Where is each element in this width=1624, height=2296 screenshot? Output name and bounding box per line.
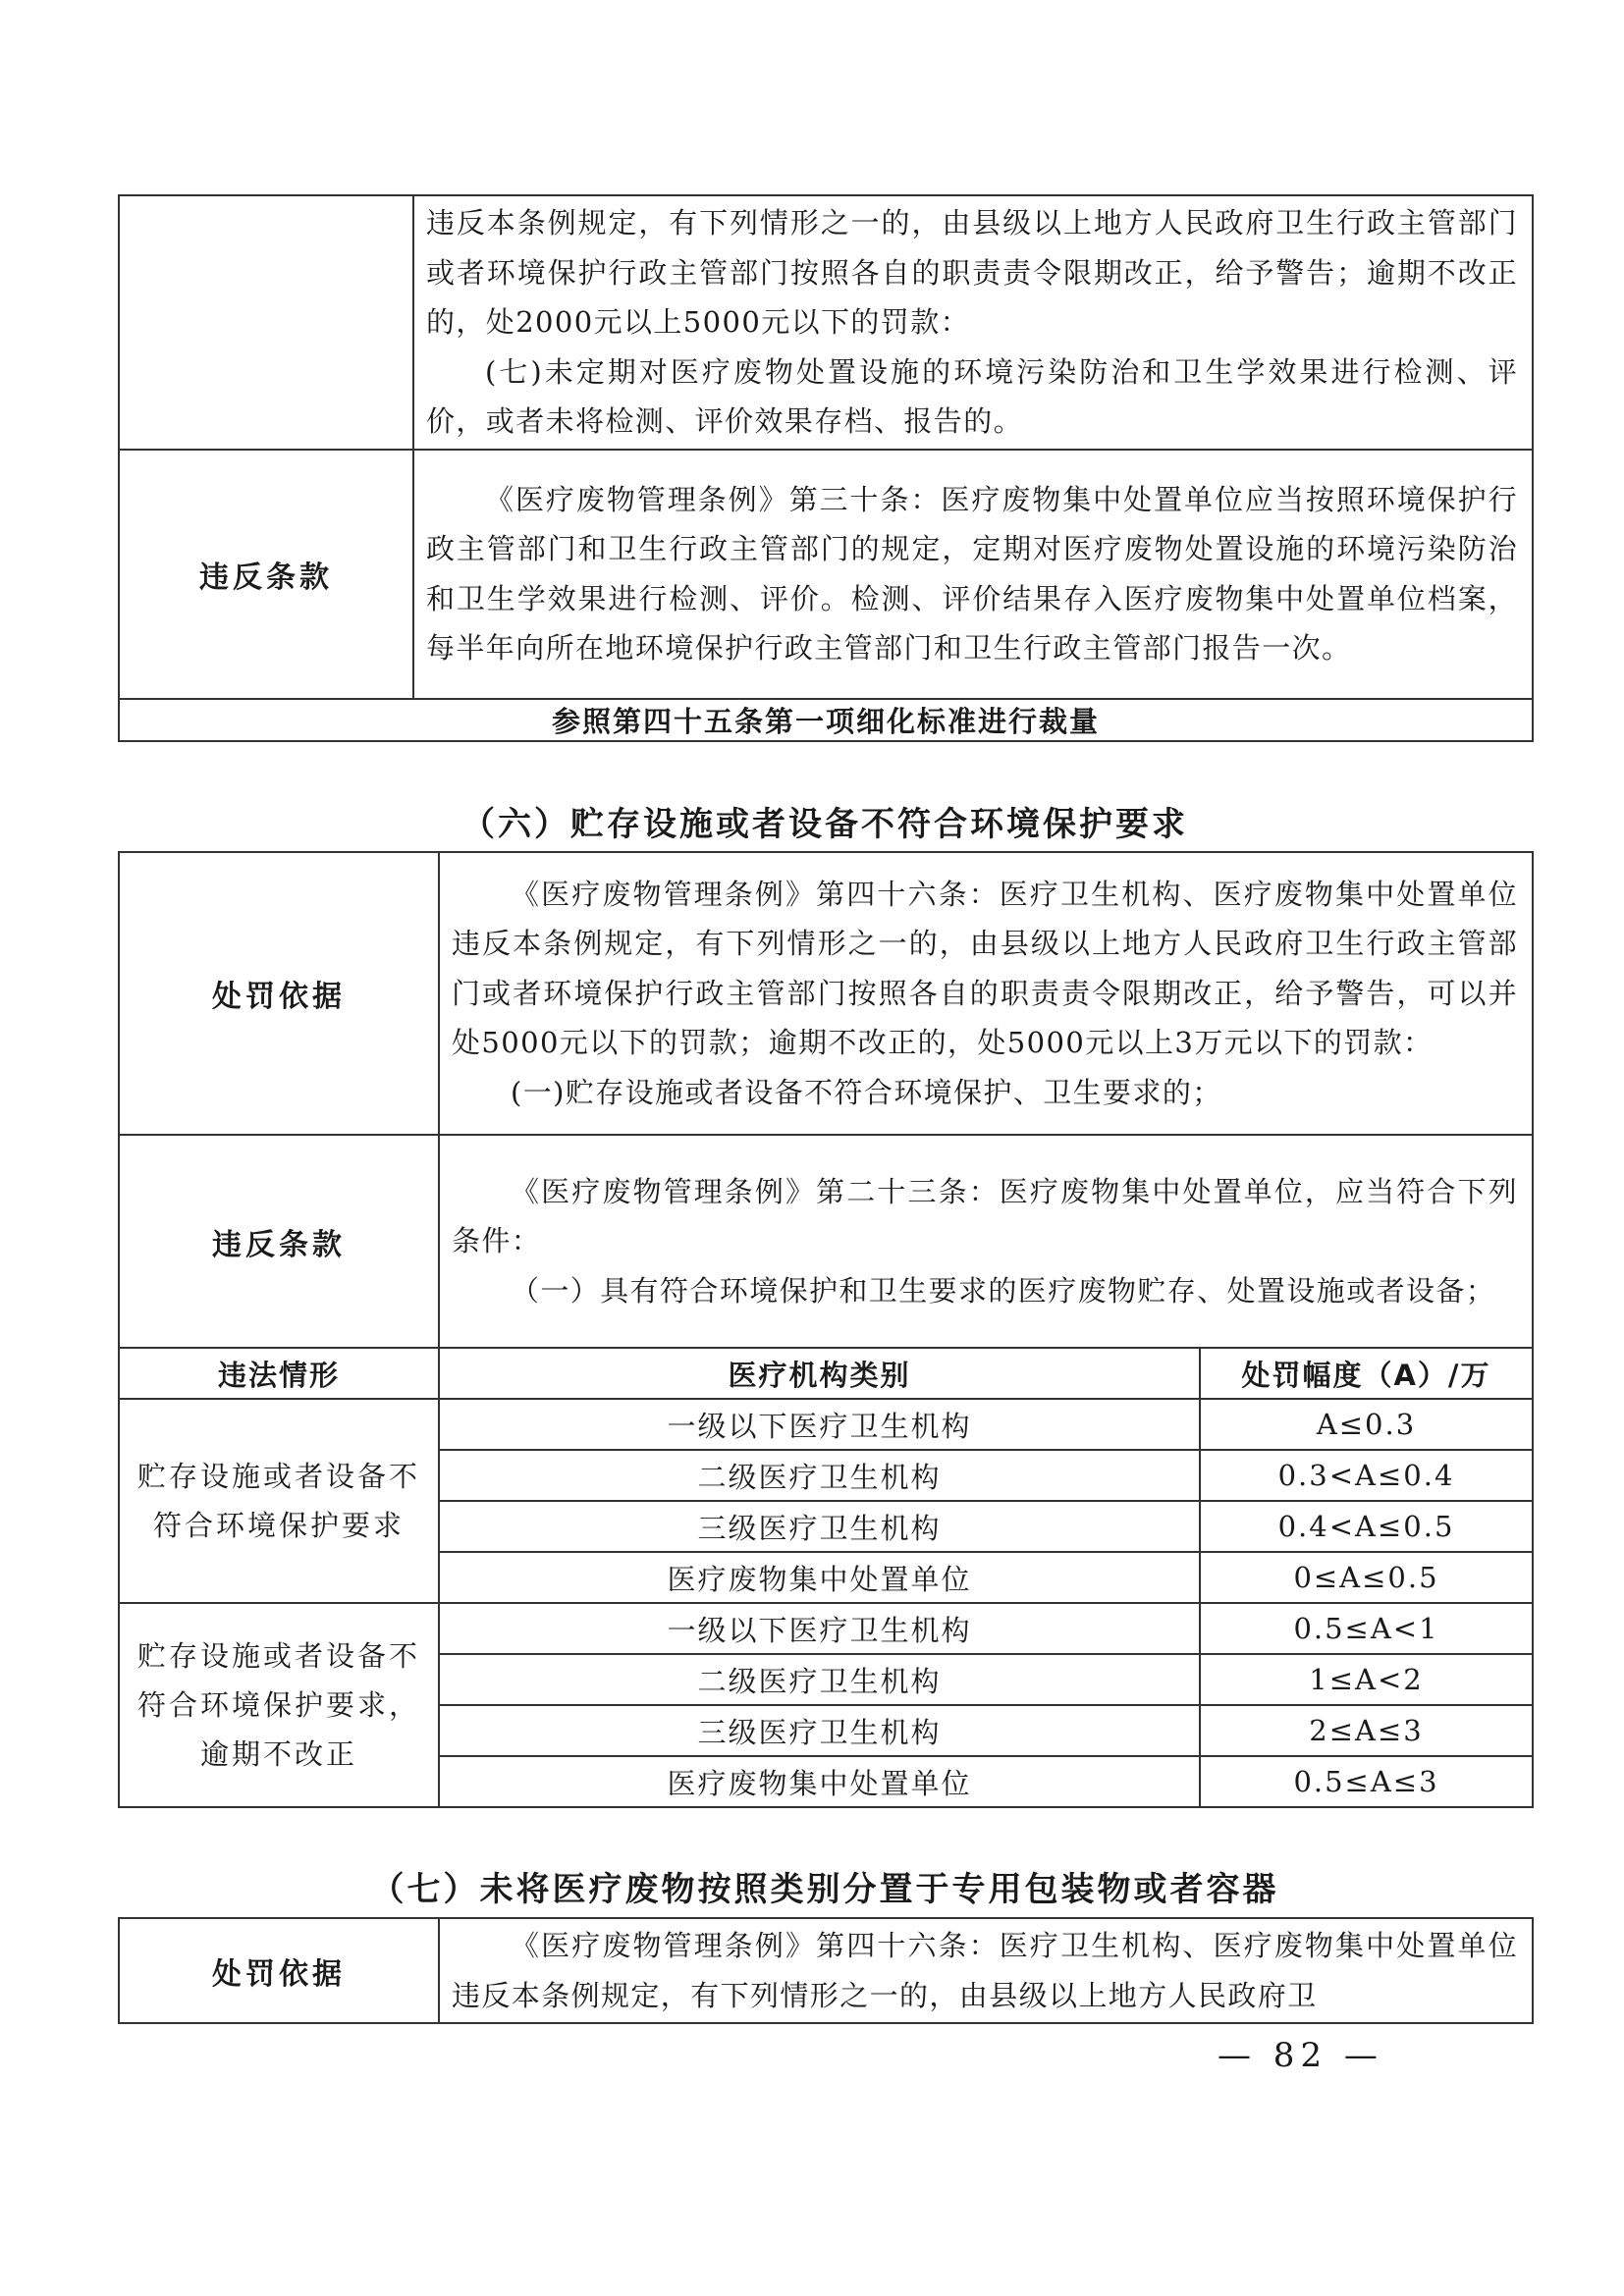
penalty-basis-text: 《医疗废物管理条例》第四十六条：医疗卫生机构、医疗废物集中处置单位违反本条例规定… — [439, 1918, 1533, 2023]
penalty-range: 0.5≤A≤3 — [1200, 1756, 1533, 1807]
violation-clause-label: 违反条款 — [119, 450, 413, 699]
table-row: 违反条款 《医疗废物管理条例》第二十三条：医疗废物集中处置单位，应当符合下列条件… — [119, 1135, 1533, 1348]
penalty-range: 0.5≤A<1 — [1200, 1603, 1533, 1654]
penalty-range: 0.3<A≤0.4 — [1200, 1450, 1533, 1501]
page-number: — 82 — — [1218, 2036, 1383, 2075]
header-penalty-range: 处罚幅度（A）/万 — [1200, 1348, 1533, 1399]
table-row: 违反本条例规定，有下列情形之一的，由县级以上地方人民政府卫生行政主管部门或者环境… — [119, 195, 1533, 450]
table-continuation: 违反本条例规定，有下列情形之一的，由县级以上地方人民政府卫生行政主管部门或者环境… — [118, 194, 1534, 742]
table-row: 违反条款 《医疗废物管理条例》第三十条：医疗废物集中处置单位应当按照环境保护行政… — [119, 450, 1533, 699]
penalty-basis-label: 处罚依据 — [119, 1918, 439, 2023]
discretion-reference: 参照第四十五条第一项细化标准进行裁量 — [119, 699, 1533, 741]
table-row: 参照第四十五条第一项细化标准进行裁量 — [119, 699, 1533, 741]
institution-category: 医疗废物集中处置单位 — [439, 1756, 1200, 1807]
violation-clause-text: 《医疗废物管理条例》第三十条：医疗废物集中处置单位应当按照环境保护行政主管部门和… — [413, 450, 1533, 699]
penalty-range: A≤0.3 — [1200, 1399, 1533, 1450]
paragraph: 《医疗废物管理条例》第四十六条：医疗卫生机构、医疗废物集中处置单位违反本条例规定… — [452, 870, 1518, 1068]
penalty-range: 0.4<A≤0.5 — [1200, 1501, 1533, 1552]
penalty-basis-continued: 违反本条例规定，有下列情形之一的，由县级以上地方人民政府卫生行政主管部门或者环境… — [413, 195, 1533, 450]
situation-cell: 贮存设施或者设备不符合环境保护要求，逾期不改正 — [119, 1603, 439, 1807]
row-label-empty — [119, 195, 413, 450]
paragraph: 《医疗废物管理条例》第三十条：医疗废物集中处置单位应当按照环境保护行政主管部门和… — [426, 475, 1518, 673]
institution-category: 三级医疗卫生机构 — [439, 1501, 1200, 1552]
paragraph-item-1: (一)贮存设施或者设备不符合环境保护、卫生要求的； — [452, 1068, 1518, 1118]
document-page: 违反本条例规定，有下列情形之一的，由县级以上地方人民政府卫生行政主管部门或者环境… — [0, 0, 1624, 2296]
institution-category: 一级以下医疗卫生机构 — [439, 1399, 1200, 1450]
penalty-basis-label: 处罚依据 — [119, 852, 439, 1135]
violation-clause-label: 违反条款 — [119, 1135, 439, 1348]
institution-category: 一级以下医疗卫生机构 — [439, 1603, 1200, 1654]
paragraph-item-7: (七)未定期对医疗废物处置设施的环境污染防治和卫生学效果进行检测、评价，或者未将… — [426, 347, 1518, 447]
table-row: 处罚依据 《医疗废物管理条例》第四十六条：医疗卫生机构、医疗废物集中处置单位违反… — [119, 1918, 1533, 2023]
penalty-range: 1≤A<2 — [1200, 1654, 1533, 1705]
situation-cell: 贮存设施或者设备不符合环境保护要求 — [119, 1399, 439, 1603]
header-institution-category: 医疗机构类别 — [439, 1348, 1200, 1399]
penalty-range: 2≤A≤3 — [1200, 1705, 1533, 1756]
table-section-7: 处罚依据 《医疗废物管理条例》第四十六条：医疗卫生机构、医疗废物集中处置单位违反… — [118, 1917, 1534, 2024]
institution-category: 三级医疗卫生机构 — [439, 1705, 1200, 1756]
penalty-basis-text: 《医疗废物管理条例》第四十六条：医疗卫生机构、医疗废物集中处置单位违反本条例规定… — [439, 852, 1533, 1135]
paragraph: 《医疗废物管理条例》第二十三条：医疗废物集中处置单位，应当符合下列条件： — [452, 1167, 1518, 1266]
table-row: 贮存设施或者设备不符合环境保护要求，逾期不改正 一级以下医疗卫生机构 0.5≤A… — [119, 1603, 1533, 1654]
institution-category: 二级医疗卫生机构 — [439, 1450, 1200, 1501]
table-row: 处罚依据 《医疗废物管理条例》第四十六条：医疗卫生机构、医疗废物集中处置单位违反… — [119, 852, 1533, 1135]
table-header-row: 违法情形 医疗机构类别 处罚幅度（A）/万 — [119, 1348, 1533, 1399]
paragraph: 《医疗废物管理条例》第四十六条：医疗卫生机构、医疗废物集中处置单位违反本条例规定… — [452, 1921, 1518, 2020]
header-situation: 违法情形 — [119, 1348, 439, 1399]
paragraph-item-1: （一）具有符合环境保护和卫生要求的医疗废物贮存、处置设施或者设备； — [452, 1266, 1518, 1316]
penalty-range: 0≤A≤0.5 — [1200, 1552, 1533, 1603]
paragraph: 违反本条例规定，有下列情形之一的，由县级以上地方人民政府卫生行政主管部门或者环境… — [426, 198, 1518, 347]
section-title-7: （七）未将医疗废物按照类别分置于专用包装物或者容器 — [118, 1862, 1532, 1910]
table-row: 贮存设施或者设备不符合环境保护要求 一级以下医疗卫生机构 A≤0.3 — [119, 1399, 1533, 1450]
institution-category: 医疗废物集中处置单位 — [439, 1552, 1200, 1603]
institution-category: 二级医疗卫生机构 — [439, 1654, 1200, 1705]
table-section-6: 处罚依据 《医疗废物管理条例》第四十六条：医疗卫生机构、医疗废物集中处置单位违反… — [118, 851, 1534, 1808]
violation-clause-text: 《医疗废物管理条例》第二十三条：医疗废物集中处置单位，应当符合下列条件： （一）… — [439, 1135, 1533, 1348]
section-title-6: （六）贮存设施或者设备不符合环境保护要求 — [118, 797, 1532, 845]
